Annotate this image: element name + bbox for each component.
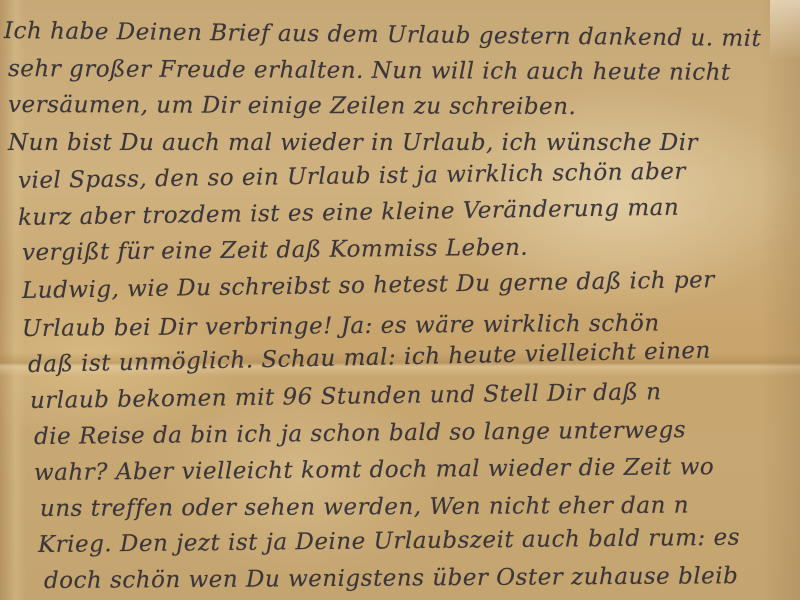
letter-line-6: kurz aber trozdem ist es eine kleine Ver… — [18, 195, 680, 231]
letter-line-11: urlaub bekomen mit 96 Stunden und Stell … — [30, 379, 662, 414]
letter-line-2: sehr großer Freude erhalten. Nun will ic… — [8, 56, 731, 86]
letter-line-13: wahr? Aber vielleicht komt doch mal wied… — [34, 454, 714, 486]
letter-line-12: die Reise da bin ich ja schon bald so la… — [34, 417, 686, 450]
letter-line-10: daß ist unmöglich. Schau mal: ich heute … — [28, 338, 711, 378]
letter-line-3: versäumen, um Dir einige Zeilen zu schre… — [8, 92, 576, 120]
letter-line-4: Nun bist Du auch mal wieder in Urlaub, i… — [8, 130, 698, 156]
letter-line-9: Urlaub bei Dir verbringe! Ja: es wäre wi… — [22, 310, 660, 342]
letter-line-8: Ludwig, wie Du schreibst so hetest Du ge… — [22, 267, 715, 304]
letter-paper: Ich habe Deinen Brief aus dem Urlaub ges… — [0, 0, 800, 600]
letter-line-5: viel Spass, den so ein Urlaub ist ja wir… — [18, 159, 686, 194]
letter-line-15: Krieg. Den jezt ist ja Deine Urlaubszeit… — [38, 525, 740, 558]
letter-line-1: Ich habe Deinen Brief aus dem Urlaub ges… — [4, 18, 762, 52]
letter-line-14: uns treffen oder sehen werden, Wen nicht… — [40, 493, 689, 522]
handwritten-letter-body: Ich habe Deinen Brief aus dem Urlaub ges… — [0, 0, 800, 600]
letter-line-16: doch schön wen Du wenigstens über Oster … — [44, 563, 739, 594]
letter-line-7: vergißt für eine Zeit daß Kommiss Leben. — [22, 235, 528, 266]
